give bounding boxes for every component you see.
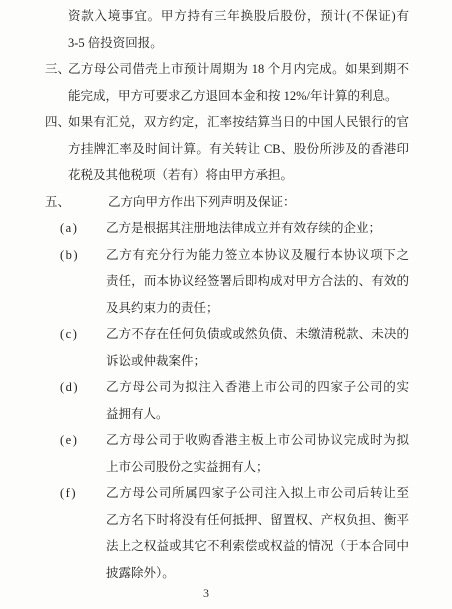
subitem-marker: (f) <box>60 480 77 507</box>
text-line: 责任，而本协议经签署后即构成对甲方合法的、有效的 <box>106 268 409 295</box>
text-line: 乙方母公司借壳上市预计周期为 18 个月内完成。如果到期不 <box>68 56 409 83</box>
clause-4: 四、 如果有汇兑，双方约定，汇率按结算当日的中国人民银行的官 方挂牌汇率及时间计… <box>0 109 409 189</box>
document-body: 资款入境事宜。甲方持有三年换股后股份，预计(不保证)有 3-5 倍投资回报。 三… <box>0 0 452 586</box>
text-line: 披露除外）。 <box>106 560 409 587</box>
text-line: 乙方母公司所属四家子公司注入拟上市公司后转让至 <box>106 480 409 507</box>
text-line: 乙方是根据其注册地法律成立并有效存续的企业； <box>106 215 409 242</box>
text-line: 如果有汇兑，双方约定，汇率按结算当日的中国人民银行的官 <box>68 109 409 136</box>
text-line: 方挂牌汇率及时间计算。有关转让 CB、股份所涉及的香港印 <box>68 136 409 163</box>
subitem-marker: (b) <box>60 242 79 269</box>
text-line: 上市公司股份之实益拥有人； <box>106 454 409 481</box>
subitem-c: (c) 乙方不存在任何负债或或然负债、未缴清税款、未决的 诉讼或仲裁案件； <box>0 321 409 374</box>
text-line: 益拥有人。 <box>106 401 409 428</box>
text-line: 3-5 倍投资回报。 <box>68 30 409 57</box>
continuation-paragraph: 资款入境事宜。甲方持有三年换股后股份，预计(不保证)有 3-5 倍投资回报。 <box>68 3 409 56</box>
scanned-contract-page: 资款入境事宜。甲方持有三年换股后股份，预计(不保证)有 3-5 倍投资回报。 三… <box>0 0 452 609</box>
clause-number: 四、 <box>45 109 70 136</box>
subitem-marker: (a) <box>60 215 78 242</box>
clause-5: 五、 乙方向甲方作出下列声明及保证： <box>0 189 409 216</box>
text-line: 乙方向甲方作出下列声明及保证： <box>108 189 409 216</box>
text-line: 资款入境事宜。甲方持有三年换股后股份，预计(不保证)有 <box>68 3 409 30</box>
text-line: 诉讼或仲裁案件； <box>106 348 409 375</box>
text-line: 乙方有充分行为能力签立本协议及履行本协议项下之 <box>106 242 409 269</box>
subitem-b: (b) 乙方有充分行为能力签立本协议及履行本协议项下之 责任，而本协议经签署后即… <box>0 242 409 322</box>
text-line: 乙方母公司为拟注入香港上市公司的四家子公司的实 <box>106 374 409 401</box>
text-line: 乙方名下时将没有任何抵押、留置权、产权负担、衡平 <box>106 507 409 534</box>
text-line: 法上之权益或其它不利索偿或权益的情况（于本合同中 <box>106 533 409 560</box>
text-line: 及具约束力的责任； <box>106 295 409 322</box>
text-line: 能完成，甲方可要求乙方退回本金和按 12%/年计算的利息。 <box>68 83 409 110</box>
text-line: 乙方母公司于收购香港主板上市公司协议完成时为拟 <box>106 427 409 454</box>
page-number: 3 <box>196 586 216 600</box>
clause-number: 三、 <box>45 56 70 83</box>
subitem-marker: (e) <box>60 427 78 454</box>
clause-3: 三、 乙方母公司借壳上市预计周期为 18 个月内完成。如果到期不 能完成，甲方可… <box>0 56 409 109</box>
subitem-f: (f) 乙方母公司所属四家子公司注入拟上市公司后转让至 乙方名下时将没有任何抵押… <box>0 480 409 586</box>
text-line: 乙方不存在任何负债或或然负债、未缴清税款、未决的 <box>106 321 409 348</box>
subitem-d: (d) 乙方母公司为拟注入香港上市公司的四家子公司的实 益拥有人。 <box>0 374 409 427</box>
text-line: 花税及其他税项（若有）将由甲方承担。 <box>68 162 409 189</box>
subitem-e: (e) 乙方母公司于收购香港主板上市公司协议完成时为拟 上市公司股份之实益拥有人… <box>0 427 409 480</box>
subitem-a: (a) 乙方是根据其注册地法律成立并有效存续的企业； <box>0 215 409 242</box>
subitem-marker: (c) <box>60 321 78 348</box>
subitem-marker: (d) <box>60 374 79 401</box>
clause-number: 五、 <box>45 189 70 216</box>
